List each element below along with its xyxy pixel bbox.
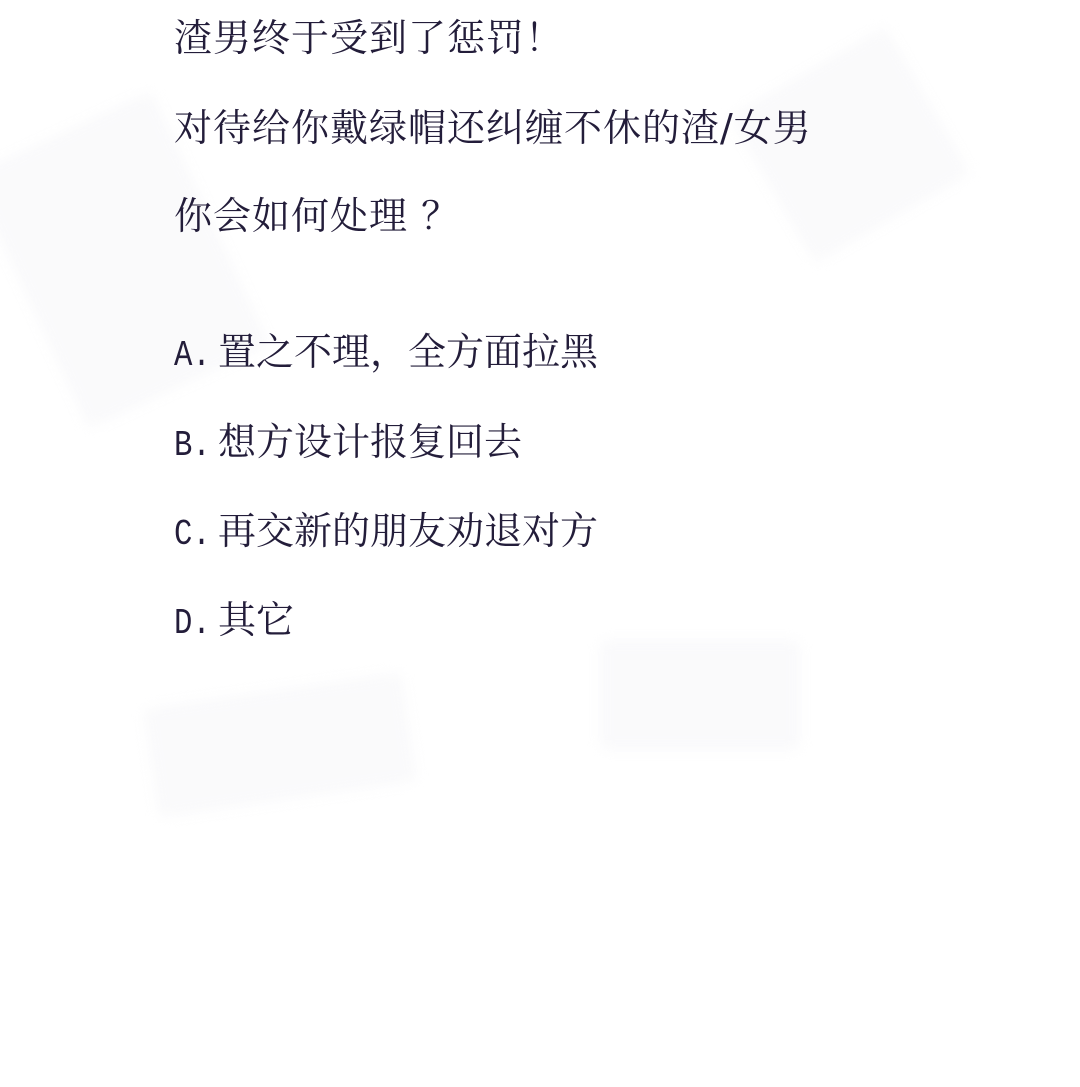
option-letter: C. <box>174 513 211 557</box>
option-text: 其它 <box>218 598 294 642</box>
option-d[interactable]: D.其它 <box>174 598 294 646</box>
option-letter: D. <box>174 602 211 646</box>
option-letter: A. <box>174 334 211 378</box>
background-artifact <box>600 640 800 750</box>
option-text: 想方设计报复回去 <box>218 420 522 464</box>
question-line-3: 你会如何处理 ？ <box>174 194 460 238</box>
question-line-2: 对待给你戴绿帽还纠缠不休的渣/女男 <box>174 106 812 150</box>
question-line-1: 渣男终于受到了惩罚！ <box>174 16 564 60</box>
option-b[interactable]: B.想方设计报复回去 <box>174 420 522 468</box>
option-text: 置之不理，全方面拉黑 <box>218 330 598 374</box>
option-text: 再交新的朋友劝退对方 <box>218 509 598 553</box>
option-a[interactable]: A.置之不理，全方面拉黑 <box>174 330 598 378</box>
option-c[interactable]: C.再交新的朋友劝退对方 <box>174 509 598 557</box>
option-letter: B. <box>174 424 211 468</box>
background-artifact <box>144 672 417 817</box>
